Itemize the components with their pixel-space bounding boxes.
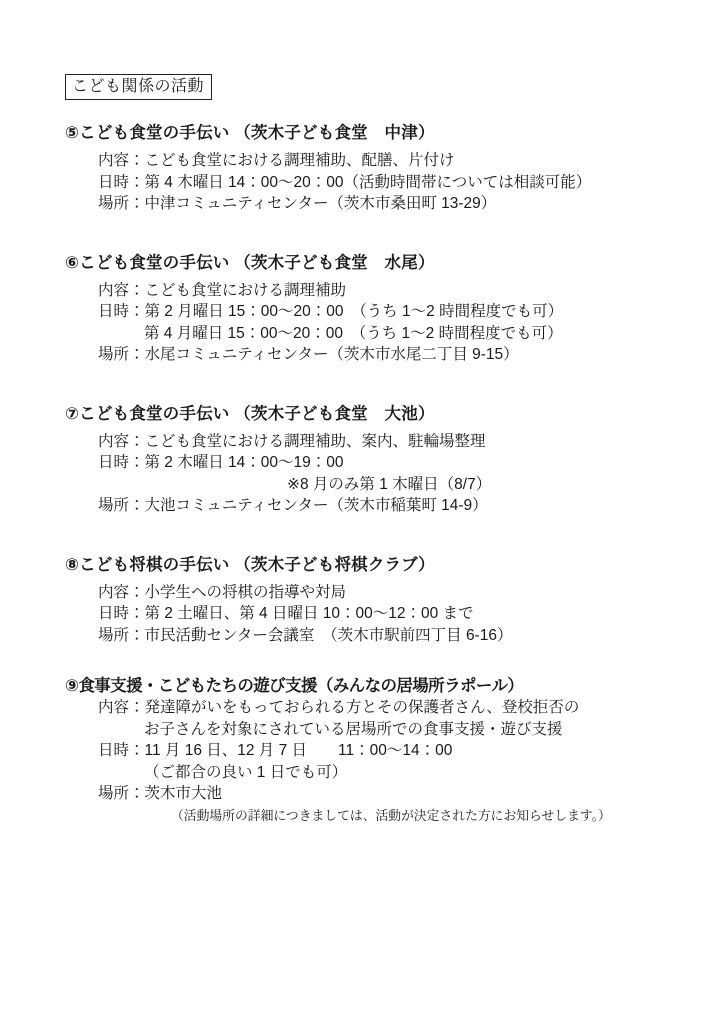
section-9-place-line: 場所：茨木市大池 (65, 783, 684, 805)
section-8-heading: ⑧こども将棋の手伝い （茨木子ども将棋クラブ） (65, 551, 684, 575)
activity-section-5: ⑤こども食堂の手伝い （茨木子ども食堂 中津） 内容：こども食堂における調理補助… (65, 119, 684, 215)
section-5-content-line: 内容：こども食堂における調理補助、配膳、片付け (65, 150, 684, 172)
section-8-datetime-line: 日時：第 2 土曜日、第 4 日曜日 10：00～12：00 まで (65, 603, 684, 625)
section-7-datetime-line: 日時：第 2 木曜日 14：00～19：00 (65, 452, 684, 474)
activity-section-8: ⑧こども将棋の手伝い （茨木子ども将棋クラブ） 内容：小学生への将棋の指導や対局… (65, 551, 684, 647)
document-page: こども関係の活動 ⑤こども食堂の手伝い （茨木子ども食堂 中津） 内容：こども食… (0, 0, 724, 1024)
section-7-place-line: 場所：大池コミュニティセンター（茨木市稲葉町 14-9） (65, 495, 684, 517)
section-9-place-note-line: （活動場所の詳細につきましては、活動が決定された方にお知らせします。） (65, 805, 684, 826)
section-5-datetime-line: 日時：第 4 木曜日 14：00～20：00（活動時間帯については相談可能） (65, 172, 684, 194)
section-8-place-line: 場所：市民活動センター会議室 （茨木市駅前四丁目 6-16） (65, 625, 684, 647)
section-5-place-line: 場所：中津コミュニティセンター（茨木市桑田町 13-29） (65, 193, 684, 215)
section-7-content-line: 内容：こども食堂における調理補助、案内、駐輪場整理 (65, 431, 684, 453)
section-6-place-line: 場所：水尾コミュニティセンター（茨木市水尾二丁目 9-15） (65, 344, 684, 366)
document-title: こども関係の活動 (72, 78, 204, 95)
section-6-datetime-line: 日時：第 2 月曜日 15：00～20：00 （うち 1～2 時間程度でも可） (65, 301, 684, 323)
activity-section-9: ⑨食事支援・こどもたちの遊び支援（みんなの居場所ラポール） 内容：発達障がいをも… (65, 672, 684, 826)
section-8-content-line: 内容：小学生への将棋の指導や対局 (65, 582, 684, 604)
section-9-datetime-note-line: （ご都合の良い 1 日でも可） (65, 762, 684, 784)
section-9-content-line: 内容：発達障がいをもっておられる方とその保護者さん、登校拒否の (65, 697, 684, 719)
section-9-datetime-line: 日時：11 月 16 日、12 月 7 日 11：00～14：00 (65, 740, 684, 762)
section-6-content-line: 内容：こども食堂における調理補助 (65, 280, 684, 302)
section-6-heading: ⑥こども食堂の手伝い （茨木子ども食堂 水尾） (65, 249, 684, 273)
section-9-heading: ⑨食事支援・こどもたちの遊び支援（みんなの居場所ラポール） (65, 672, 684, 696)
section-7-heading: ⑦こども食堂の手伝い （茨木子ども食堂 大池） (65, 400, 684, 424)
section-9-content-line-2: お子さんを対象にされている居場所での食事支援・遊び支援 (65, 719, 684, 741)
section-5-heading: ⑤こども食堂の手伝い （茨木子ども食堂 中津） (65, 119, 684, 143)
activity-section-7: ⑦こども食堂の手伝い （茨木子ども食堂 大池） 内容：こども食堂における調理補助… (65, 400, 684, 517)
section-6-datetime-line-2: 第 4 月曜日 15：00～20：00 （うち 1～2 時間程度でも可） (65, 323, 684, 345)
document-title-box: こども関係の活動 (65, 74, 212, 100)
activity-section-6: ⑥こども食堂の手伝い （茨木子ども食堂 水尾） 内容：こども食堂における調理補助… (65, 249, 684, 366)
section-7-datetime-note-line: ※8 月のみ第 1 木曜日（8/7） (65, 474, 684, 496)
